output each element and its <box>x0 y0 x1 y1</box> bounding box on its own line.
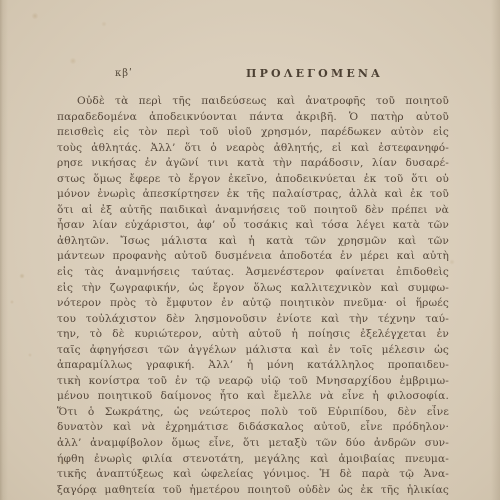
text-line: ἦσαν λίαν εὐχάριστοι, ἀφ’ οὗ τοσάκις καὶ… <box>57 218 449 234</box>
text-line: πεισθεὶς εἰς τὸν περὶ τοῦ υἱοῦ χρησμόν, … <box>57 125 449 141</box>
text-line: τικὴ κονίστρα τοῦ ἐν τῷ νεαρῷ υἱῷ τοῦ Μν… <box>57 374 449 390</box>
book-page: κβʹ ΠΡΟΛΕΓΟΜΕΝΑ Οὐδὲ τὰ περὶ τῆς παιδεύσ… <box>0 0 500 500</box>
text-line: μένου ποιητικοῦ δαίμονος ἦτο καὶ ἔμελλε … <box>57 389 449 405</box>
text-line: τοὺς ἀθλητάς. Ἀλλ’ ὅτι ὁ νεαρὸς ἀθλητής,… <box>57 141 449 157</box>
page-number: κβʹ <box>115 68 133 79</box>
text-line: ὅτι αἱ ἐξ αὐτῆς παιδικαὶ ἀναμνήσεις τοῦ … <box>57 203 449 219</box>
text-line: μάντεων προφανὴς αὐτοῦ δυσμένεια ἀποδοτέ… <box>57 249 449 265</box>
text-line: ξαγόρᾳ μαθητεία τοῦ ἡμετέρου ποιητοῦ οὐδ… <box>57 483 449 499</box>
text-line: ήφθη ἐνωρὶς φιλία στενοτάτη, μεγάλης καὶ… <box>57 452 449 468</box>
text-line: νότερον πρὸς τὸ ἔμφυτον ἐν αὐτῷ ποιητικὸ… <box>57 296 449 312</box>
text-line: ἀλλ’ ἀναμφίβολον ὅμως εἶνε, ὅτι μεταξὺ τ… <box>57 436 449 452</box>
text-line: στως ὅμως ἔφερε τὸ ἔργον ἐκεῖνο, ἀποδεικ… <box>57 172 449 188</box>
text-line: μόνον ἐνωρὶς ἀπεσκίρτησεν ἐκ τῆς παλαίστ… <box>57 187 449 203</box>
body-text: Οὐδὲ τὰ περὶ τῆς παιδεύσεως καὶ ἀνατροφῆ… <box>57 94 449 498</box>
text-line: του τοὐλάχιστον δὲν λησμονοῦσιν ἐνίοτε κ… <box>57 312 449 328</box>
text-line: ἀθλητῶν. Ἴσως μάλιστα καὶ ἡ κατὰ τῶν χρη… <box>57 234 449 250</box>
text-line: ἀπαραμίλλως γραφική. Ἀλλ’ ἡ μόνη κατάλλη… <box>57 358 449 374</box>
page-title: ΠΡΟΛΕΓΟΜΕΝΑ <box>246 67 383 80</box>
text-line: ταῖς ἀφηγήσεσι τῶν ἀγγέλων μάλιστα καὶ ἐ… <box>57 343 449 359</box>
text-line: ρησε νικήσας ἐν ἀγῶνί τινι κατὰ τὴν παρά… <box>57 156 449 172</box>
text-line: παραδεδομένα ἀποδεικνύονται πάντα ἀκριβῆ… <box>57 110 449 126</box>
text-line: εἰς τὰς ἀναμνήσεις ταύτας. Ἀσμενέστερον … <box>57 265 449 281</box>
text-line: την, τὸ δὲ κυριώτερον, αὐτὴ αὐτοῦ ἡ ποίη… <box>57 327 449 343</box>
text-line: εἰς τὴν ζωγραφικήν, ὡς ἔργον ὅλως καλλιτ… <box>57 281 449 297</box>
text-line: Οὐδὲ τὰ περὶ τῆς παιδεύσεως καὶ ἀνατροφῆ… <box>57 94 449 110</box>
text-line: Ὅτι ὁ Σωκράτης, ὡς νεώτερος πολὺ τοῦ Εὐρ… <box>57 405 449 421</box>
text-line: δυνατὸν καὶ νὰ ἐχρημάτισε διδάσκαλος αὐτ… <box>57 420 449 436</box>
text-line: τικῆς ἀναπτύξεως καὶ ὠφελείας γόνιμος. Ἡ… <box>57 467 449 483</box>
